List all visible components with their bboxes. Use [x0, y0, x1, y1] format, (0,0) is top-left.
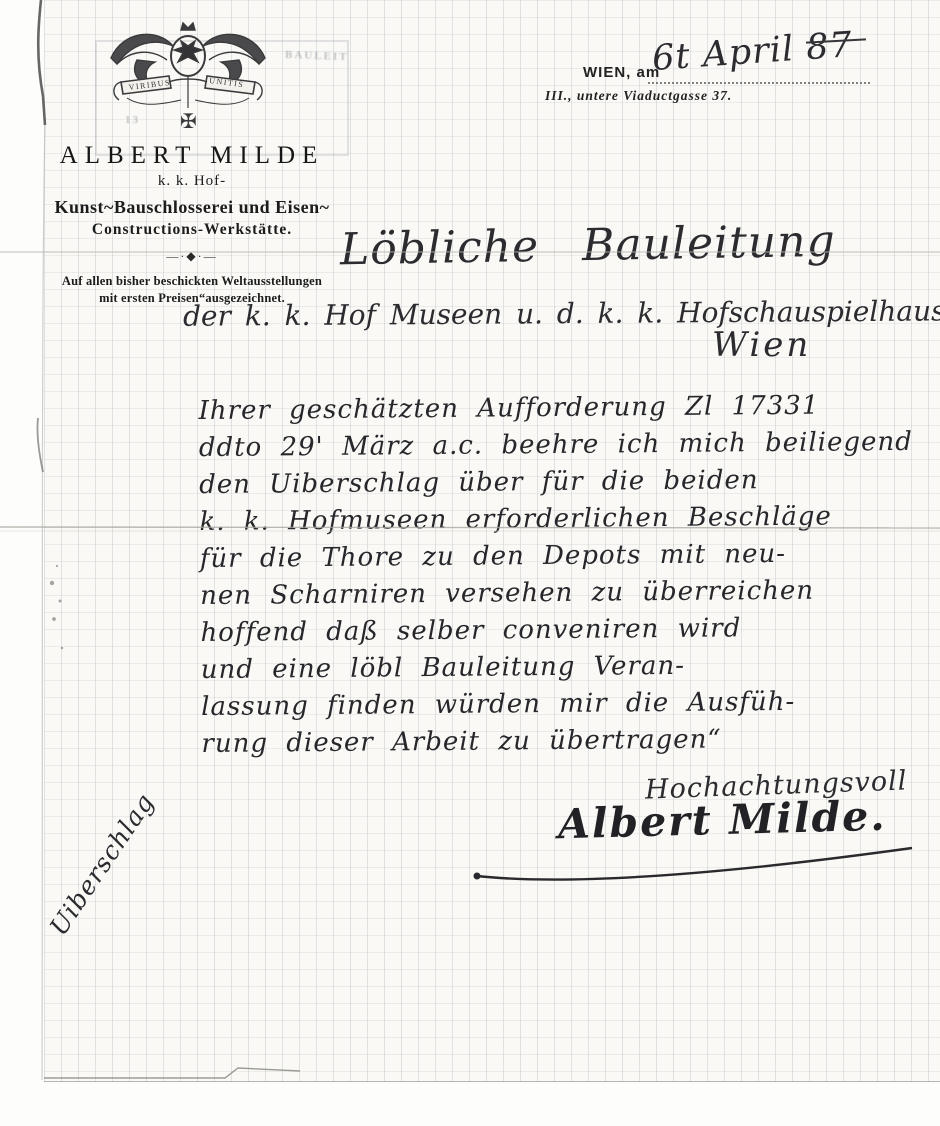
company-subtitle-trade: Kunst~Bauschlosserei und Eisen~	[40, 197, 344, 218]
divider-ornament-icon: —·◆·—	[40, 249, 344, 264]
body-line: hoffend daß selber conveniren wird	[200, 609, 900, 652]
body-line: ddto 29' März a.c. beehre ich mich beili…	[199, 424, 899, 467]
faded-stamp-text: BAULEIT	[285, 49, 349, 63]
company-name: ALBERT MILDE	[40, 142, 344, 170]
recipient-city: Wien	[712, 325, 811, 365]
paper-edge-nick	[37, 418, 43, 472]
body-line: für die Thore zu den Depots mit neu-	[200, 535, 900, 578]
company-subtitle-workshop: Constructions-Werkstätte.	[40, 221, 344, 239]
faded-stamp-number: 13	[125, 114, 140, 126]
street-address: III., untere Viaductgasse 37.	[545, 88, 732, 104]
body-line: lassung finden würden mir die Ausfüh-	[201, 683, 901, 726]
faded-stamp-box: BAULEIT 13	[95, 40, 349, 156]
body-line: Ihrer geschätzten Aufforderung Zl 17331	[198, 387, 898, 430]
letterhead-block: ALBERT MILDE k. k. Hof- Kunst~Bauschloss…	[40, 142, 344, 306]
body-line: den Uiberschlag über für die beiden	[199, 461, 899, 504]
recipient-institution: der k. k. Hof Museen u. d. k. k. Hofscha…	[183, 294, 940, 333]
body-line: rung dieser Arbeit zu übertragen“	[201, 720, 901, 763]
letter-scan-page: BAULEIT 13 VIRIBUS	[0, 0, 940, 1126]
awards-line-1: Auf allen bisher beschickten Weltausstel…	[40, 274, 344, 289]
body-line: und eine löbl Bauleitung Veran-	[201, 646, 901, 689]
letter-body: Ihrer geschätzten Aufforderung Zl 17331 …	[198, 387, 901, 763]
signature-underline-flourish	[468, 834, 918, 886]
recipient-salutation: Löbliche Bauleitung	[340, 216, 836, 276]
company-subtitle-hof: k. k. Hof-	[40, 173, 344, 190]
body-line: nen Scharniren versehen zu überreichen	[200, 572, 900, 615]
body-line: k. k. Hofmuseen erforderlichen Beschläge	[199, 498, 899, 541]
